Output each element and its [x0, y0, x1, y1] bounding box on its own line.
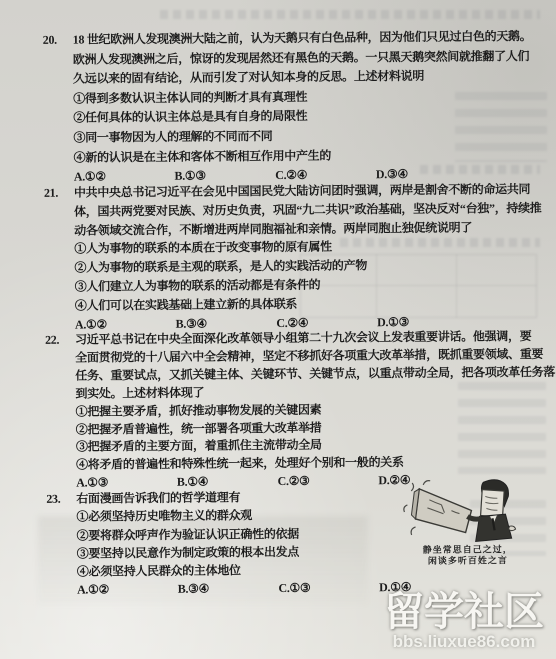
site-watermark: 留学社区 bbs.liuxue86.com — [372, 591, 556, 651]
question-number: 22. — [45, 332, 59, 350]
watermark-title: 留学社区 — [372, 591, 556, 633]
option-a: A.①② — [77, 580, 175, 599]
megaphone-cartoon-icon — [401, 474, 534, 545]
page-content: 20. 18 世纪欧洲人发现澳洲大陆之前，认为天鹅只有白色品种，因为他们只见过白… — [0, 0, 556, 659]
question-number: 21. — [44, 184, 58, 203]
question-number: 20. — [43, 31, 57, 51]
option-c: C.①③ — [278, 579, 376, 598]
cartoon-caption-line2: 闲谈多听百姓之言 — [398, 555, 538, 567]
question-21: 21. 中共中央总书记习近平在会见中国国民党大陆访问团时强调，两岸是割舍不断的命… — [44, 180, 550, 334]
scanned-exam-page: 20. 18 世纪欧洲人发现澳洲大陆之前，认为天鹅只有白色品种，因为他们只见过白… — [0, 0, 556, 659]
stem-line: 体，国共两党要对民族、对历史负责，巩固“九二共识”政治基础，坚决反对“台独”，持… — [44, 199, 549, 222]
cartoon-illustration: 静坐常思自己之过， 闲谈多听百姓之言 — [397, 474, 538, 567]
question-20: 20. 18 世纪欧洲人发现澳洲大陆之前，认为天鹅只有白色品种，因为他们只见过白… — [43, 27, 549, 188]
option-b: B.③④ — [178, 580, 276, 599]
question-number: 23. — [46, 490, 60, 508]
question-22: 22. 习近平总书记在中央全面深化改革领导小组第二十九次会议上发表重要讲话。他强… — [45, 328, 551, 493]
watermark-url: bbs.liuxue86.com — [372, 633, 556, 651]
